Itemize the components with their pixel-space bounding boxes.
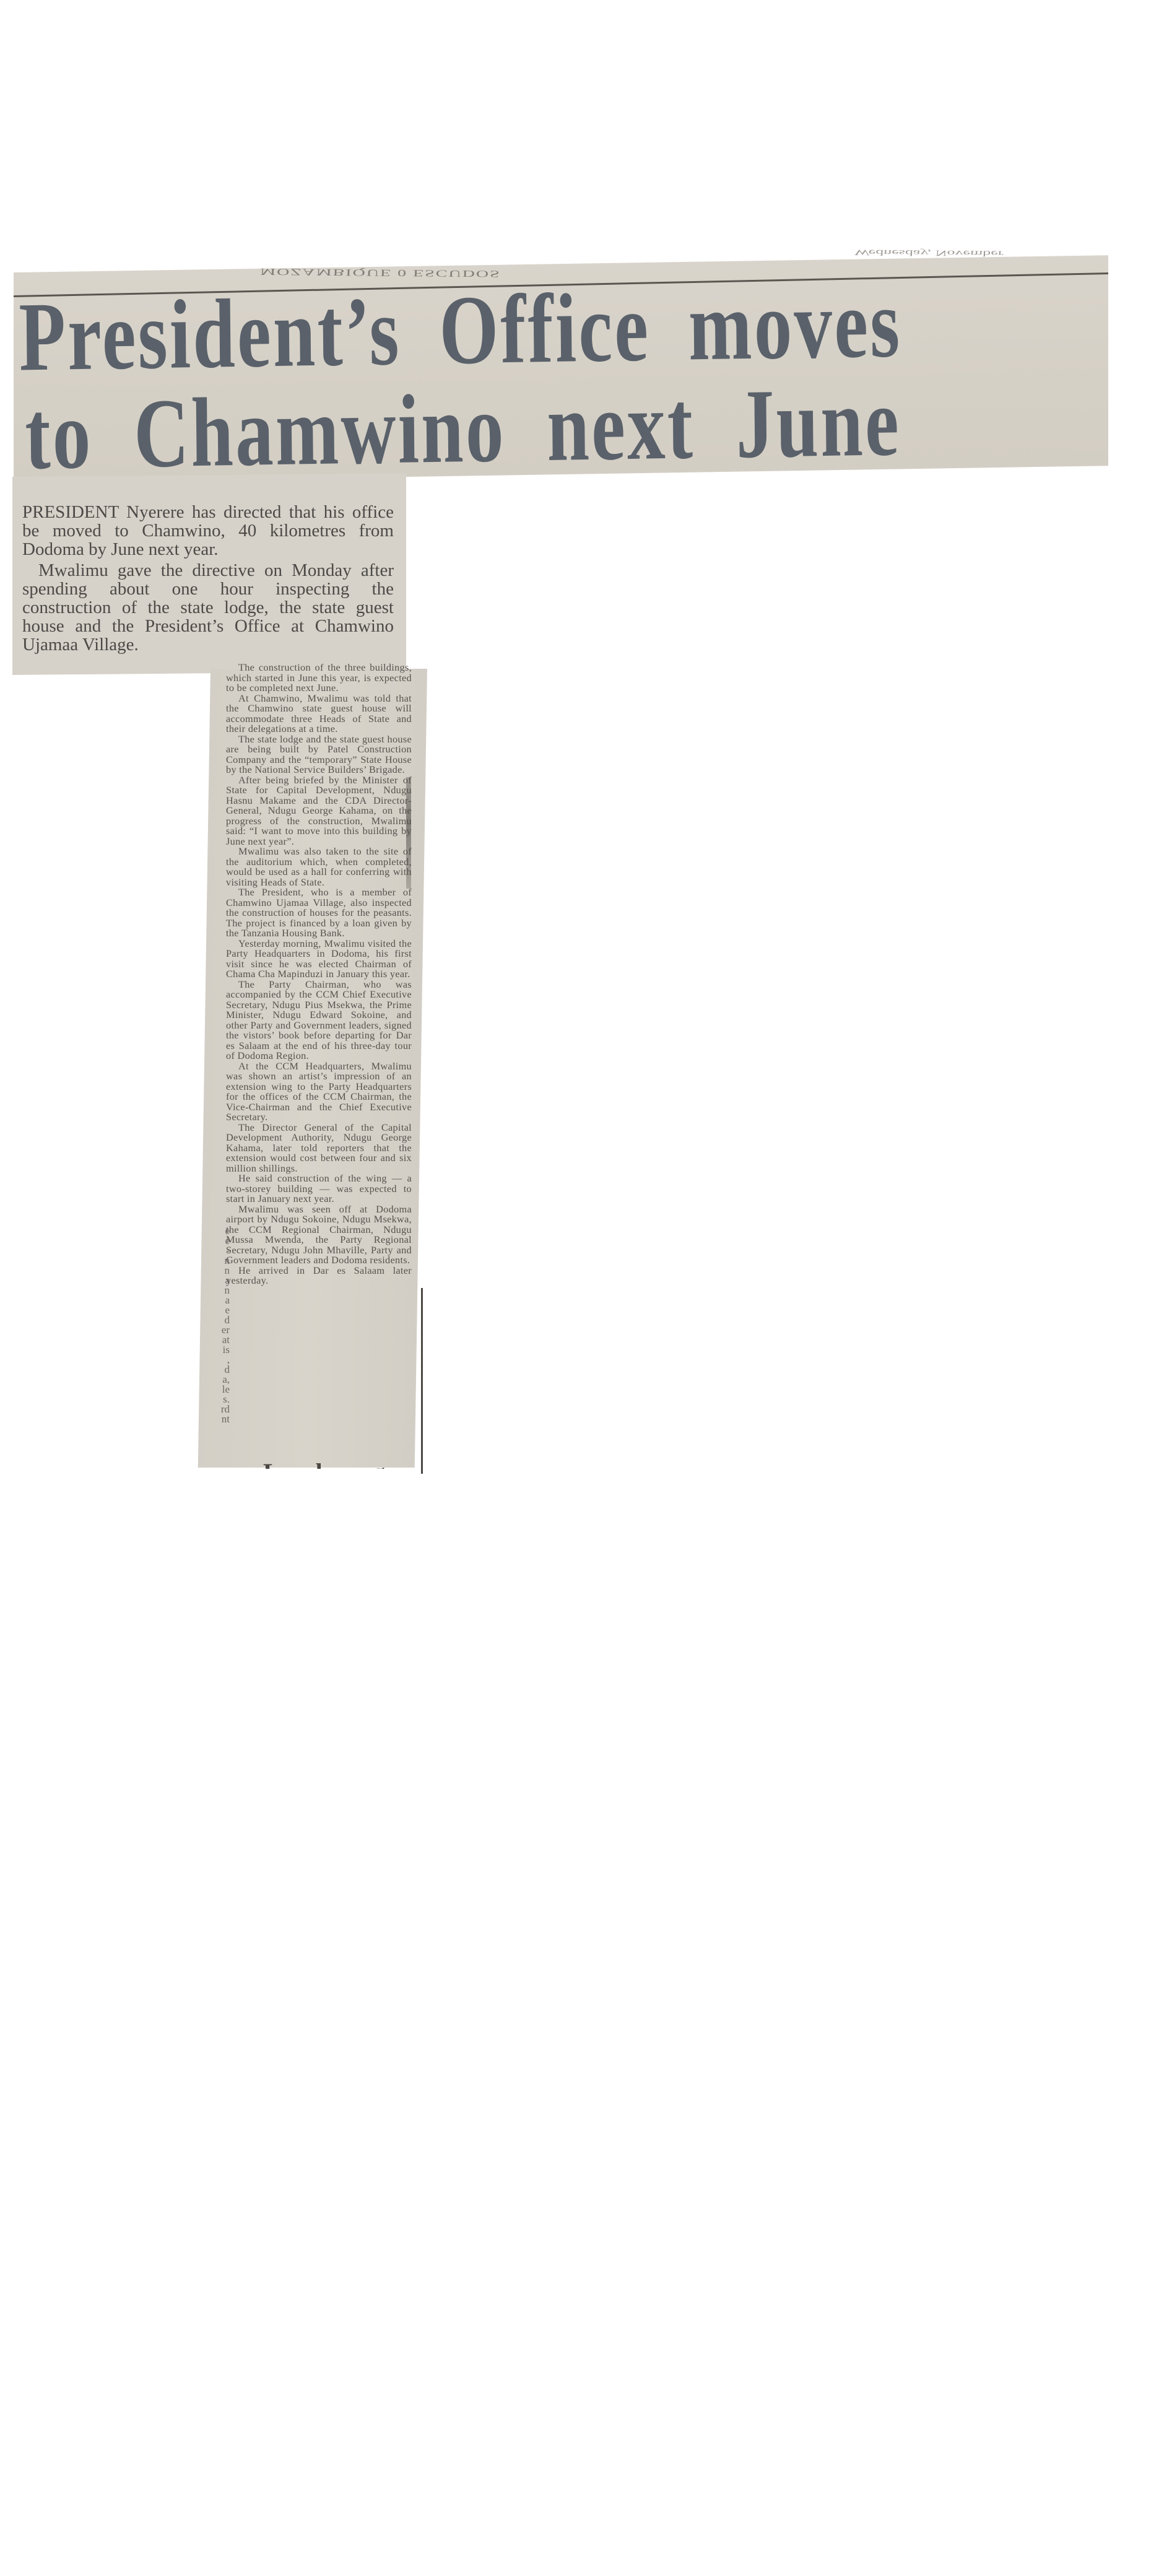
body-paragraph: The Director General of the Capital Deve… bbox=[226, 1123, 412, 1174]
intro-paragraph: PRESIDENT Nyerere has directed that his … bbox=[22, 503, 394, 559]
article-body: The construction of the three buildings,… bbox=[226, 663, 412, 1286]
article-intro: PRESIDENT Nyerere has directed that his … bbox=[22, 503, 394, 654]
body-paragraph: He arrived in Dar es Salaam later yester… bbox=[226, 1266, 412, 1286]
headline-line-2: to Chamwino next June bbox=[20, 373, 899, 485]
column-rule bbox=[421, 1288, 423, 1474]
body-paragraph: At Chamwino, Mwalimu was told that the C… bbox=[226, 694, 412, 734]
newspaper-clipping: MOZAMBIQUE 0 ESCUDOS Wednesday, November… bbox=[0, 0, 1159, 2576]
body-paragraph: The state lodge and the state guest hous… bbox=[226, 734, 412, 775]
body-paragraph: At the CCM Headquarters, Mwalimu was sho… bbox=[226, 1061, 412, 1123]
body-paragraph: The Party Chairman, who was accompanied … bbox=[226, 980, 412, 1061]
body-paragraph: Yesterday morning, Mwalimu visited the P… bbox=[226, 939, 412, 980]
body-paragraph: He said construction of the wing — a two… bbox=[226, 1173, 412, 1204]
article-headline: President’s Office moves to Chamwino nex… bbox=[19, 274, 898, 485]
body-paragraph: Mwalimu was also taken to the site of th… bbox=[226, 846, 412, 887]
body-paragraph: The construction of the three buildings,… bbox=[226, 663, 412, 694]
body-paragraph: The President, who is a member of Chamwi… bbox=[226, 887, 412, 939]
body-paragraph: Mwalimu was seen off at Dodoma airport b… bbox=[226, 1204, 412, 1266]
body-paragraph: After being briefed by the Minister of S… bbox=[226, 775, 412, 847]
intro-paragraph: Mwalimu gave the directive on Monday aft… bbox=[22, 561, 394, 654]
masthead-fragment-right: Wednesday, November bbox=[854, 248, 1004, 258]
next-headline-fragment: Lusaka urges bbox=[263, 1460, 406, 1469]
